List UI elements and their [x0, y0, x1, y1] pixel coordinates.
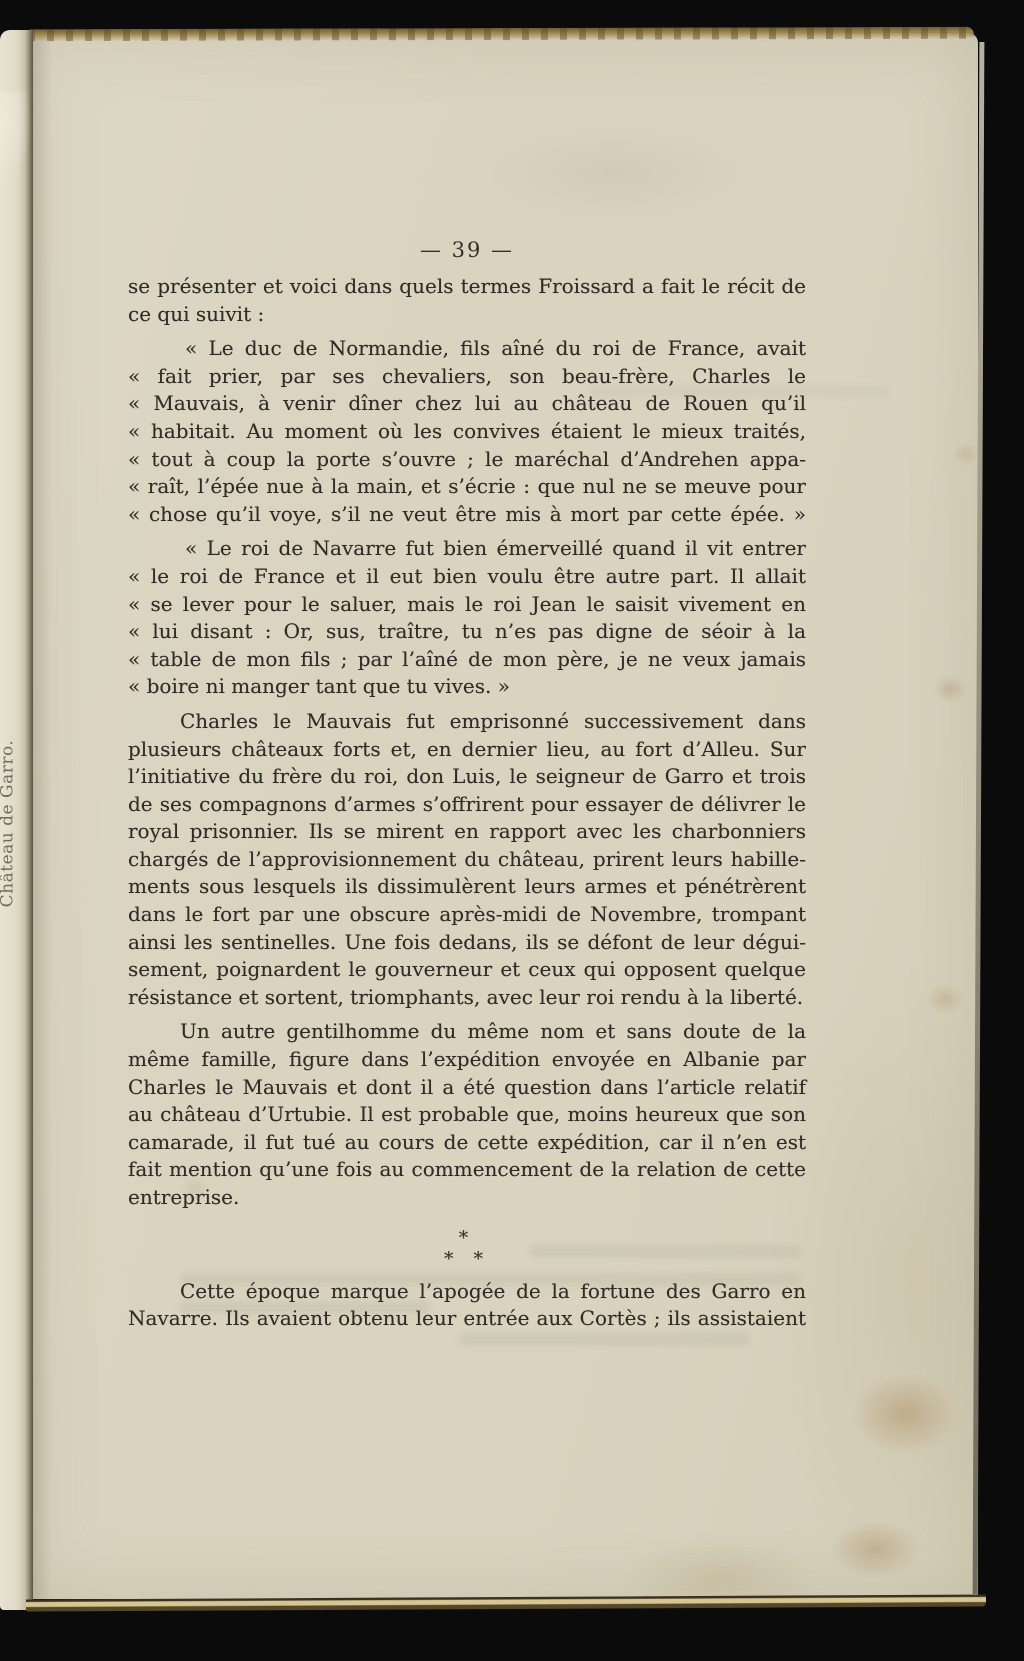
book-scan-root: { "colors": { "paper": "#d9d3bf", "ink":… [0, 0, 1024, 1661]
text-line: Navarre. Ils avaient obtenu leur entrée … [128, 1305, 806, 1333]
asterism-separator: ** * [128, 1228, 806, 1270]
text-line: « fait prier, par ses chevaliers, son be… [128, 363, 806, 391]
paragraph-para: Cette époque marque l’apogée de la fortu… [128, 1278, 806, 1333]
text-line: ments sous lesquels ils dissimulèrent le… [128, 873, 806, 901]
text-line: chargés de l’approvisionnement du châtea… [128, 846, 806, 874]
text-line: « lui disant : Or, sus, traître, tu n’es… [128, 618, 806, 646]
deckle-top-edge [28, 27, 974, 41]
text-line: camarade, il fut tué au cours de cette e… [128, 1129, 806, 1157]
text-line: Un autre gentilhomme du même nom et sans… [128, 1018, 806, 1046]
text-line: dans le fort par une obscure après-midi … [128, 901, 806, 929]
asterism-row: * [128, 1228, 806, 1249]
text-line: de ses compagnons d’armes s’offrirent po… [128, 791, 806, 819]
text-line: « raît, l’épée nue à la main, et s’écrie… [128, 473, 806, 501]
text-line: résistance et sortent, triomphants, avec… [128, 984, 806, 1012]
text-line: fait mention qu’une fois au commencement… [128, 1156, 806, 1184]
text-line: « Le roi de Navarre fut bien émerveillé … [128, 535, 806, 563]
text-line: « Le duc de Normandie, fils aîné du roi … [128, 335, 806, 363]
text-line: Charles le Mauvais et dont il a été ques… [128, 1074, 806, 1102]
text-line: entreprise. [128, 1184, 806, 1212]
text-line: « boire ni manger tant que tu vives. » [128, 673, 806, 701]
text-line: « table de mon fils ; par l’aîné de mon … [128, 646, 806, 674]
page-curl-highlight [0, 92, 30, 182]
text-line: « chose qu’il voye, s’il ne veut être mi… [128, 501, 806, 529]
text-line: « habitait. Au moment où les convives ét… [128, 418, 806, 446]
text-line: « tout à coup la porte s’ouvre ; le maré… [128, 446, 806, 474]
text-line: ce qui suivit : [128, 301, 806, 329]
text-line: « Mauvais, à venir dîner chez lui au châ… [128, 390, 806, 418]
text-column: se présenter et voici dans quels termes … [128, 273, 806, 1333]
text-line: « le roi de France et il eut bien voulu … [128, 563, 806, 591]
text-line: plusieurs châteaux forts et, en dernier … [128, 736, 806, 764]
margin-caption: Château de Garro. [0, 694, 19, 954]
text-line: au château d’Urtubie. Il est probable qu… [128, 1101, 806, 1129]
paragraph-para: se présenter et voici dans quels termes … [128, 273, 806, 328]
asterism-row: * * [128, 1249, 806, 1270]
show-through-line [460, 1333, 750, 1346]
text-line: l’initiative du frère du roi, don Luis, … [128, 763, 806, 791]
text-line: Cette époque marque l’apogée de la fortu… [128, 1278, 806, 1306]
paragraph-quote: « Le roi de Navarre fut bien émerveillé … [128, 535, 806, 701]
text-line: ainsi les sentinelles. Une fois dedans, … [128, 929, 806, 957]
paragraph-quote: « Le duc de Normandie, fils aîné du roi … [128, 335, 806, 528]
text-line: « se lever pour le saluer, mais le roi J… [128, 591, 806, 619]
text-line: sement, poignardent le gouverneur et ceu… [128, 956, 806, 984]
page-number: — 39 — [128, 238, 806, 262]
paragraph-para: Charles le Mauvais fut emprisonné succes… [128, 708, 806, 1012]
text-line: royal prisonnier. Ils se mirent en rappo… [128, 818, 806, 846]
paragraph-para: Un autre gentilhomme du même nom et sans… [128, 1018, 806, 1211]
text-line: se présenter et voici dans quels termes … [128, 273, 806, 301]
text-line: Charles le Mauvais fut emprisonné succes… [128, 708, 806, 736]
text-line: même famille, figure dans l’expédition e… [128, 1046, 806, 1074]
